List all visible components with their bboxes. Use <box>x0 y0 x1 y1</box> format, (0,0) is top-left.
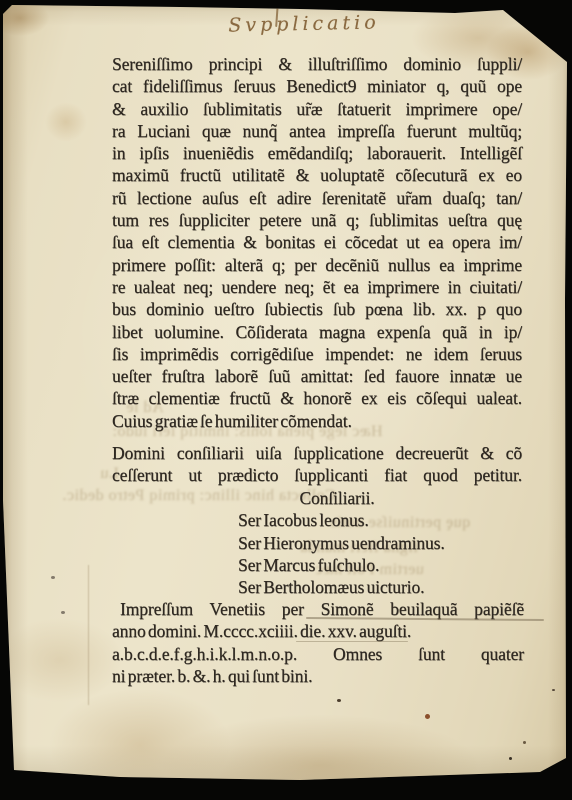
text-line: tum res ſuppliciter petere unã q; ſublim… <box>112 209 522 231</box>
councillor-name: Ser Marcus fuſchulo. <box>112 554 522 576</box>
text-line: rũ lectione auſus eſt adire ſerenitatẽ u… <box>112 187 522 209</box>
text-line: Domini conſiliarii uiſa ſupplicatione de… <box>112 442 522 464</box>
text-line: Cuius gratiæ ſe humiliter cõmendat. <box>112 410 522 432</box>
text-line: ſis imprimẽdis corrigẽdiſue impendet: ne… <box>112 343 522 365</box>
councillors-list: Conſiliarii. Ser Iacobus leonus. Ser Hie… <box>112 487 522 598</box>
councillor-name: Ser Iacobus leonus. <box>112 509 522 531</box>
text-line: a.b.c.d.e.f.g.h.i.k.l.m.n.o.p. Omnes ſun… <box>112 643 524 665</box>
councillor-name: Ser Bertholomæus uicturio. <box>112 576 522 598</box>
foxing-speck <box>425 714 430 719</box>
text-line: Sereniſſimo principi & illuſtriſſimo dom… <box>112 53 522 75</box>
text-line: cat fideliſſimus ſeruus Benedict9 miniat… <box>112 75 522 97</box>
text-line: ueſter fruſtra laborẽ ſuũ amittat: ſed f… <box>112 365 522 387</box>
councillor-name: Ser Hieronymus uendraminus. <box>112 532 522 554</box>
text-line: ceſſerunt ut prædicto ſupplicanti fiat q… <box>112 464 522 486</box>
decree-paragraph: Domini conſiliarii uiſa ſupplicatione de… <box>112 442 522 487</box>
text-line: ſtræ clementiæ fructũ & honorẽ ex eis cõ… <box>112 387 522 409</box>
text-line: anno domini. M.cccc.xciiii. die. xxv. au… <box>112 620 524 642</box>
text-line: in ipſis inueniẽdis emẽdandiſq; laboraue… <box>112 142 522 164</box>
book-page: Svpplicatio Ad le Hæc lege plena ionis: … <box>0 0 572 800</box>
foxing-speck <box>509 757 512 760</box>
text-line: primere poſſit: alterã q; per decẽniũ nu… <box>112 254 522 276</box>
text-line: ni præter. b. &. h. qui ſunt bini. <box>112 665 524 687</box>
text-line: ra Luciani quæ nunq̃ antea impreſſa fuer… <box>112 120 522 142</box>
text-line: bus dominio ueſtro ſubiectis ſub pœna li… <box>112 298 522 320</box>
text-line: maximũ fructũ utilitatẽ & uoluptatẽ cõſe… <box>112 164 522 186</box>
text-line: re ualeat neq; uendere neq; ẽt ea imprim… <box>112 276 522 298</box>
handwritten-title: Svpplicatio <box>204 11 404 37</box>
pencil-underline <box>296 641 408 642</box>
photo-stage: Svpplicatio Ad le Hæc lege plena ionis: … <box>0 0 572 800</box>
pencil-margin-dot <box>51 576 55 579</box>
foxing-speck <box>337 699 341 702</box>
colophon: Impreſſum Venetiis per Simonẽ beuilaquã … <box>112 598 524 687</box>
text-line: & auxilio ſublimitatis ur̃æ ſtatuerit im… <box>112 98 522 120</box>
supplication-paragraph: Sereniſſimo principi & illuſtriſſimo dom… <box>112 53 522 432</box>
text-line: ſua eſt clementia & bonitas ei cõcedat u… <box>112 231 522 253</box>
paper-crease <box>88 565 89 705</box>
foxing-speck <box>552 689 555 691</box>
foxing-speck <box>523 741 526 744</box>
pencil-margin-dot <box>61 611 65 614</box>
text-line: libet uolumine. Cõſiderata magna expenſa… <box>112 321 522 343</box>
councillors-heading: Conſiliarii. <box>112 487 522 509</box>
